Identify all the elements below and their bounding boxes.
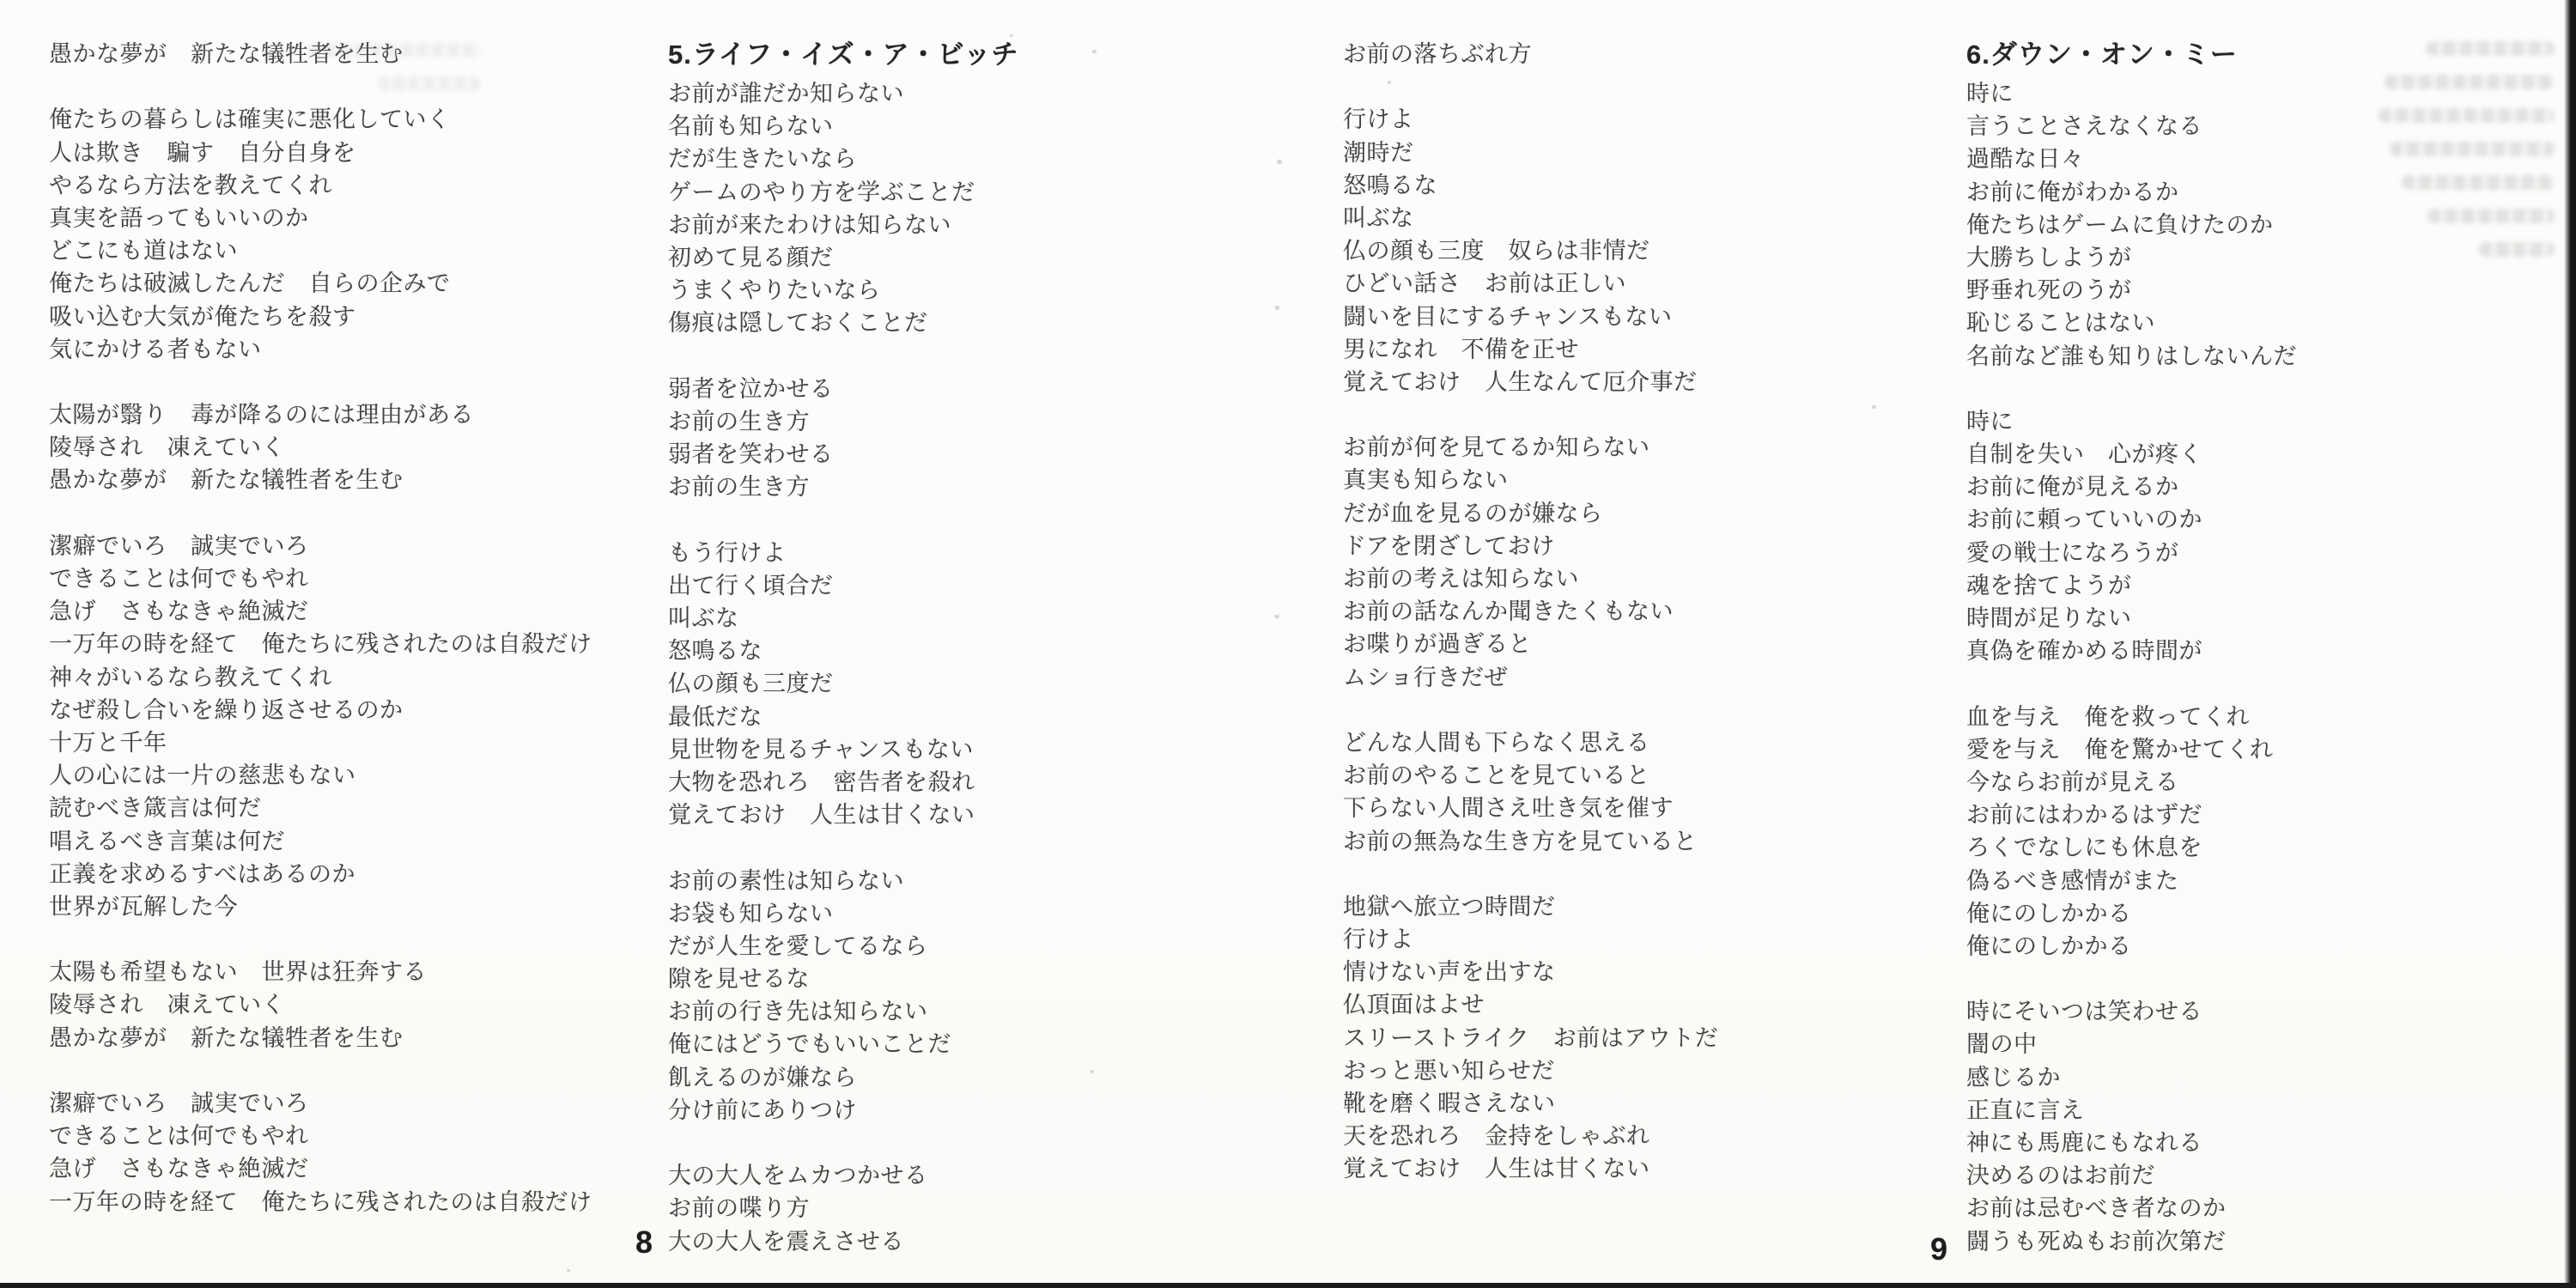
lyric-line: 傷痕は隠しておくことだ bbox=[668, 307, 1018, 339]
lyric-line bbox=[1966, 373, 2297, 405]
lyric-line: 地獄へ旅立つ時間だ bbox=[1343, 890, 1718, 923]
lyric-line: 俺にのしかかる bbox=[1966, 897, 2297, 930]
lyric-line: 最低だな bbox=[668, 701, 1018, 733]
lyric-line bbox=[49, 923, 592, 956]
lyrics-column-4: 6.ダウン・オン・ミー 時に言うことさえなくなる過酷な日々お前に俺がわかるか俺た… bbox=[1966, 38, 2297, 1258]
lyric-line: 叫ぶな bbox=[668, 602, 1018, 635]
lyric-line: 唱えるべき言葉は何だ bbox=[49, 825, 592, 858]
lyric-line bbox=[1966, 963, 2297, 995]
ghost-ink-offset-top-right bbox=[2366, 41, 2555, 276]
lyric-line: 吸い込む大気が俺たちを殺す bbox=[49, 301, 592, 333]
lyric-line: 弱者を泣かせる bbox=[668, 373, 1018, 405]
lyric-line: 闘うも死ぬもお前次第だ bbox=[1966, 1225, 2297, 1258]
page-number-left: 8 bbox=[635, 1224, 653, 1261]
lyric-line: お前の行き先は知らない bbox=[668, 995, 1018, 1028]
lyric-line: だが人生を愛してるなら bbox=[668, 930, 1018, 963]
lyric-line: 大の大人をムカつかせる bbox=[668, 1159, 1018, 1192]
lyric-line: お前に頼っていいのか bbox=[1966, 503, 2297, 536]
lyric-line: 真偽を確かめる時間が bbox=[1966, 635, 2297, 667]
lyric-line: 世界が瓦解した今 bbox=[49, 890, 592, 923]
lyric-line: 俺たちはゲームに負けたのか bbox=[1966, 209, 2297, 241]
lyric-line: 男になれ 不備を正せ bbox=[1343, 333, 1718, 366]
lyrics-column-3: お前の落ちぶれ方 行けよ潮時だ怒鳴るな叫ぶな仏の顔も三度 奴らは非情だひどい話さ… bbox=[1343, 38, 1718, 1186]
lyric-line: どこにも道はない bbox=[49, 234, 592, 267]
dust-speck bbox=[1872, 405, 1876, 409]
lyric-line: 俺にはどうでもいいことだ bbox=[668, 1028, 1018, 1060]
lyric-line: 闇の中 bbox=[1966, 1028, 2297, 1060]
lyric-line: お前の生き方 bbox=[668, 471, 1018, 503]
lyric-line: お前が誰だか知らない bbox=[668, 77, 1018, 110]
song-6-lyrics: 時に言うことさえなくなる過酷な日々お前に俺がわかるか俺たちはゲームに負けたのか大… bbox=[1966, 77, 2297, 1258]
lyric-line: やるなら方法を教えてくれ bbox=[49, 169, 592, 202]
lyric-line: お前の無為な生き方を見ていると bbox=[1343, 825, 1718, 858]
lyric-line bbox=[668, 340, 1018, 373]
song-title-5: 5.ライフ・イズ・ア・ビッチ bbox=[668, 38, 1018, 77]
lyric-line: 自制を失い 心が疼く bbox=[1966, 438, 2297, 471]
lyric-line: お前にはわかるはずだ bbox=[1966, 799, 2297, 831]
lyric-line: 真実を語ってもいいのか bbox=[49, 202, 592, 234]
lyric-line: 怒鳴るな bbox=[1343, 169, 1718, 202]
lyric-line: 潔癖でいろ 誠実でいろ bbox=[49, 1087, 592, 1120]
lyric-line: 一万年の時を経て 俺たちに残されたのは自殺だけ bbox=[49, 628, 592, 660]
page-number-right: 9 bbox=[1930, 1231, 1947, 1267]
lyric-line: うまくやりたいなら bbox=[668, 274, 1018, 307]
lyric-line: 陵辱され 凍えていく bbox=[49, 431, 592, 464]
lyric-line: お前の生き方 bbox=[668, 405, 1018, 438]
lyric-line: 名前も知らない bbox=[668, 110, 1018, 143]
lyric-line: 急げ さもなきゃ絶滅だ bbox=[49, 595, 592, 628]
lyric-line: 出て行く頃合だ bbox=[668, 569, 1018, 602]
dust-speck bbox=[1091, 1070, 1094, 1073]
lyric-line: 隙を見せるな bbox=[668, 963, 1018, 995]
lyric-line: 闘いを目にするチャンスもない bbox=[1343, 301, 1718, 333]
scan-edge-bottom bbox=[0, 1283, 2576, 1288]
lyric-line: 靴を磨く暇さえない bbox=[1343, 1087, 1718, 1120]
lyric-line: 真実も知らない bbox=[1343, 464, 1718, 496]
lyric-line: お前は忌むべき者なのか bbox=[1966, 1192, 2297, 1224]
lyrics-column-1: 愚かな夢が 新たな犠牲者を生む 俺たちの暮らしは確実に悪化していく人は欺き 騙す… bbox=[49, 38, 592, 1218]
lyric-line: 叫ぶな bbox=[1343, 202, 1718, 234]
lyric-line: 天を恐れろ 金持をしゃぶれ bbox=[1343, 1120, 1718, 1152]
song-5-lyrics: お前が誰だか知らない名前も知らないだが生きたいならゲームのやり方を学ぶことだお前… bbox=[668, 77, 1018, 1258]
lyric-line: できることは何でもやれ bbox=[49, 562, 592, 595]
lyric-line: お前に俺が見えるか bbox=[1966, 471, 2297, 503]
lyric-line: 潮時だ bbox=[1343, 137, 1718, 169]
dust-speck bbox=[1275, 306, 1279, 310]
lyric-line: お前の素性は知らない bbox=[668, 865, 1018, 897]
lyric-line: 太陽も希望もない 世界は狂奔する bbox=[49, 956, 592, 988]
lyric-line: 見世物を見るチャンスもない bbox=[668, 733, 1018, 766]
lyric-line: 時間が足りない bbox=[1966, 602, 2297, 635]
dust-speck bbox=[1092, 50, 1097, 53]
lyric-line: なぜ殺し合いを繰り返させるのか bbox=[49, 694, 592, 726]
lyric-line: 怒鳴るな bbox=[668, 635, 1018, 667]
lyric-line: 俺たちは破滅したんだ 自らの企みで bbox=[49, 267, 592, 300]
dust-speck bbox=[1277, 160, 1282, 164]
lyric-line: 人は欺き 騙す 自分自身を bbox=[49, 137, 592, 169]
lyric-line: 仏の顔も三度 奴らは非情だ bbox=[1343, 234, 1718, 267]
song-title-6: 6.ダウン・オン・ミー bbox=[1966, 38, 2297, 77]
dust-speck bbox=[1274, 615, 1279, 618]
lyric-line: 今ならお前が見える bbox=[1966, 766, 2297, 799]
lyric-line: 大の大人を震えさせる bbox=[668, 1225, 1018, 1258]
lyric-line bbox=[49, 497, 592, 530]
lyric-line bbox=[668, 1127, 1018, 1159]
lyric-line: スリーストライク お前はアウトだ bbox=[1343, 1022, 1718, 1054]
lyric-line: 決めるのはお前だ bbox=[1966, 1159, 2297, 1192]
lyric-line: 仏の顔も三度だ bbox=[668, 667, 1018, 700]
lyric-line: 名前など誰も知りはしないんだ bbox=[1966, 340, 2297, 373]
lyric-line: 正直に言え bbox=[1966, 1094, 2297, 1127]
dust-speck bbox=[2020, 1200, 2023, 1203]
lyric-line: 魂を捨てようが bbox=[1966, 569, 2297, 602]
booklet-spread-scan: 愚かな夢が 新たな犠牲者を生む 俺たちの暮らしは確実に悪化していく人は欺き 騙す… bbox=[0, 0, 2576, 1288]
lyric-line bbox=[1343, 398, 1718, 431]
lyric-line: ドアを閉ざしておけ bbox=[1343, 530, 1718, 562]
lyric-line: 覚えておけ 人生なんて厄介事だ bbox=[1343, 366, 1718, 398]
lyric-line: お前の喋り方 bbox=[668, 1192, 1018, 1224]
lyric-line: 言うことさえなくなる bbox=[1966, 110, 2297, 143]
lyric-line: ゲームのやり方を学ぶことだ bbox=[668, 176, 1018, 209]
lyric-line: 大物を恐れろ 密告者を殺れ bbox=[668, 766, 1018, 799]
lyric-line: できることは何でもやれ bbox=[49, 1120, 592, 1152]
lyric-line: 人の心には一片の慈悲もない bbox=[49, 759, 592, 792]
lyric-line: お前に俺がわかるか bbox=[1966, 176, 2297, 209]
lyric-line: 弱者を笑わせる bbox=[668, 438, 1018, 471]
ghost-ink-offset-left bbox=[301, 43, 481, 110]
lyric-line: おっと悪い知らせだ bbox=[1343, 1054, 1718, 1087]
lyric-line: 偽るべき感情がまた bbox=[1966, 865, 2297, 897]
lyric-line: お前が来たわけは知らない bbox=[668, 209, 1018, 241]
lyric-line bbox=[1343, 858, 1718, 890]
lyric-line: 時にそいつは笑わせる bbox=[1966, 995, 2297, 1028]
lyric-line: 大勝ちしようが bbox=[1966, 241, 2297, 274]
lyric-line: 時に bbox=[1966, 405, 2297, 438]
lyric-line: 神にも馬鹿にもなれる bbox=[1966, 1127, 2297, 1159]
lyric-line: 過酷な日々 bbox=[1966, 143, 2297, 175]
lyric-line: 気にかける者もない bbox=[49, 333, 592, 366]
lyric-line: 陵辱され 凍えていく bbox=[49, 988, 592, 1021]
lyric-line: 感じるか bbox=[1966, 1061, 2297, 1094]
lyric-line: 愛の戦士になろうが bbox=[1966, 537, 2297, 569]
lyric-line bbox=[1343, 694, 1718, 726]
lyric-line: 行けよ bbox=[1343, 103, 1718, 136]
lyrics-column-2: 5.ライフ・イズ・ア・ビッチ お前が誰だか知らない名前も知らないだが生きたいなら… bbox=[668, 38, 1018, 1258]
lyric-line: 愚かな夢が 新たな犠牲者を生む bbox=[49, 464, 592, 496]
lyric-line: お前の考えは知らない bbox=[1343, 562, 1718, 595]
lyric-line: 太陽が翳り 毒が降るのには理由がある bbox=[49, 398, 592, 431]
lyric-line: だが血を見るのが嫌なら bbox=[1343, 497, 1718, 530]
lyric-line bbox=[49, 366, 592, 398]
dust-speck bbox=[1010, 34, 1013, 37]
lyric-line: お前が何を見てるか知らない bbox=[1343, 431, 1718, 464]
lyric-line: だが生きたいなら bbox=[668, 143, 1018, 175]
lyric-line: お袋も知らない bbox=[668, 897, 1018, 930]
lyric-line: お喋りが過ぎると bbox=[1343, 628, 1718, 660]
lyric-line: 下らない人間さえ吐き気を催す bbox=[1343, 792, 1718, 824]
lyric-line: 愛を与え 俺を驚かせてくれ bbox=[1966, 733, 2297, 766]
lyric-line: お前のやることを見ていると bbox=[1343, 759, 1718, 792]
lyric-line: 恥じることはない bbox=[1966, 307, 2297, 339]
lyric-line: どんな人間も下らなく思える bbox=[1343, 726, 1718, 759]
lyric-line: 十万と千年 bbox=[49, 726, 592, 759]
lyric-line bbox=[1343, 70, 1718, 103]
lyric-line: 覚えておけ 人生は甘くない bbox=[668, 799, 1018, 831]
scan-edge-right bbox=[2564, 0, 2576, 1288]
lyric-line bbox=[1966, 667, 2297, 700]
lyric-line bbox=[49, 1054, 592, 1087]
lyric-line: 仏頂面はよせ bbox=[1343, 988, 1718, 1021]
lyric-line: 覚えておけ 人生は甘くない bbox=[1343, 1152, 1718, 1185]
lyric-line: 一万年の時を経て 俺たちに残されたのは自殺だけ bbox=[49, 1186, 592, 1218]
lyric-line: 潔癖でいろ 誠実でいろ bbox=[49, 530, 592, 562]
lyric-line: 飢えるのが嫌なら bbox=[668, 1061, 1018, 1094]
lyric-line: 初めて見る顔だ bbox=[668, 241, 1018, 274]
lyric-line: 野垂れ死のうが bbox=[1966, 274, 2297, 307]
lyric-line: 分け前にありつけ bbox=[668, 1094, 1018, 1127]
lyric-line: ろくでなしにも休息を bbox=[1966, 831, 2297, 864]
lyric-line: ひどい話さ お前は正しい bbox=[1343, 267, 1718, 300]
lyric-line: 俺にのしかかる bbox=[1966, 930, 2297, 963]
lyric-line: お前の話なんか聞きたくもない bbox=[1343, 595, 1718, 628]
lyric-line: お前の落ちぶれ方 bbox=[1343, 38, 1718, 70]
lyric-line bbox=[668, 831, 1018, 864]
dust-speck bbox=[567, 1269, 570, 1272]
lyric-line: 行けよ bbox=[1343, 923, 1718, 956]
lyric-line bbox=[668, 503, 1018, 536]
lyric-line: 正義を求めるすべはあるのか bbox=[49, 858, 592, 890]
lyric-line: 読むべき箴言は何だ bbox=[49, 792, 592, 824]
lyric-line: 急げ さもなきゃ絶滅だ bbox=[49, 1152, 592, 1185]
lyric-line: 愚かな夢が 新たな犠牲者を生む bbox=[49, 1022, 592, 1054]
lyric-line: ムショ行きだぜ bbox=[1343, 661, 1718, 694]
lyric-line: 神々がいるなら教えてくれ bbox=[49, 661, 592, 694]
lyric-line: 時に bbox=[1966, 77, 2297, 110]
lyric-line: 血を与え 俺を救ってくれ bbox=[1966, 701, 2297, 733]
lyric-line: もう行けよ bbox=[668, 537, 1018, 569]
dust-speck bbox=[1388, 81, 1391, 84]
lyric-line: 情けない声を出すな bbox=[1343, 956, 1718, 988]
